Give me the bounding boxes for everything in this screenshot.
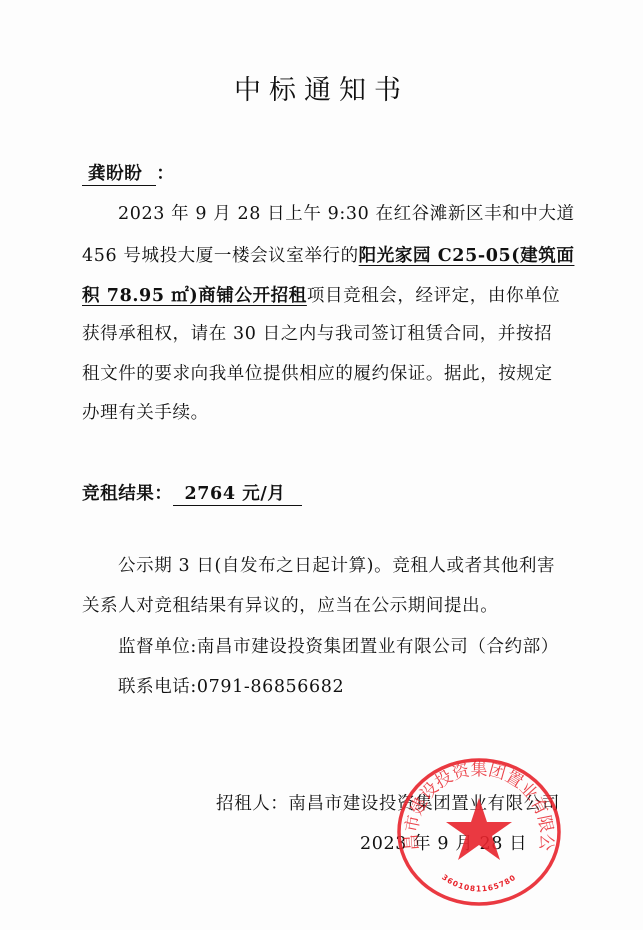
svg-text:3601081165780: 3601081165780: [440, 873, 518, 894]
bid-result-value: 2764 元/月: [173, 480, 302, 506]
body-line-1: 2023 年 9 月 28 日上午 9:30 在红谷滩新区丰和中大道: [118, 200, 575, 225]
signature-label: 招租人：: [216, 794, 288, 814]
recipient-name: 龚盼盼: [82, 160, 156, 186]
project-name-part1: 阳光家园 C25-05(建筑面: [359, 246, 575, 266]
document-page: 中标通知书 龚盼盼： 2023 年 9 月 28 日上午 9:30 在红谷滩新区…: [0, 0, 643, 930]
contact-line: 联系电话:0791-86856682: [118, 673, 344, 698]
body-line-2-plain: 456 号城投大厦一楼会议室举行的: [82, 246, 359, 266]
body-line-3: 积 78.95 ㎡)商铺公开招租项目竞租会，经评定，由你单位: [82, 282, 560, 307]
supervisor-line: 监督单位:南昌市建设投资集团置业有限公司（合约部）: [118, 633, 559, 658]
document-title: 中标通知书: [0, 68, 643, 107]
recipient-line: 龚盼盼：: [82, 160, 174, 186]
body-line-6: 办理有关手续。: [82, 399, 209, 424]
official-seal-icon: 南昌市建设投资集团置业有限公司 3601081165780: [390, 748, 568, 908]
contact-phone: 0791-86856682: [197, 677, 344, 697]
project-name-part2: 积 78.95 ㎡)商铺公开招租: [82, 286, 307, 306]
recipient-colon: ：: [156, 164, 174, 184]
bid-result: 竞租结果：2764 元/月: [82, 480, 302, 506]
body-line-4: 获得承租权，请在 30 日之内与我司签订租赁合同，并按招: [82, 320, 552, 345]
bid-result-label: 竞租结果：: [82, 484, 173, 504]
supervisor-label: 监督单位:: [118, 637, 197, 657]
notice-line-2: 关系人对竞租结果有异议的，应当在公示期间提出。: [82, 592, 498, 617]
contact-label: 联系电话:: [118, 677, 197, 697]
supervisor-value: 南昌市建设投资集团置业有限公司（合约部）: [197, 637, 559, 657]
body-line-3-plain: 项目竞租会，经评定，由你单位: [307, 286, 560, 306]
notice-line-1: 公示期 3 日(自发布之日起计算)。竞租人或者其他利害: [118, 552, 555, 577]
body-line-5: 租文件的要求向我单位提供相应的履约保证。据此，按规定: [82, 360, 553, 385]
body-line-2: 456 号城投大厦一楼会议室举行的阳光家园 C25-05(建筑面: [82, 242, 574, 267]
